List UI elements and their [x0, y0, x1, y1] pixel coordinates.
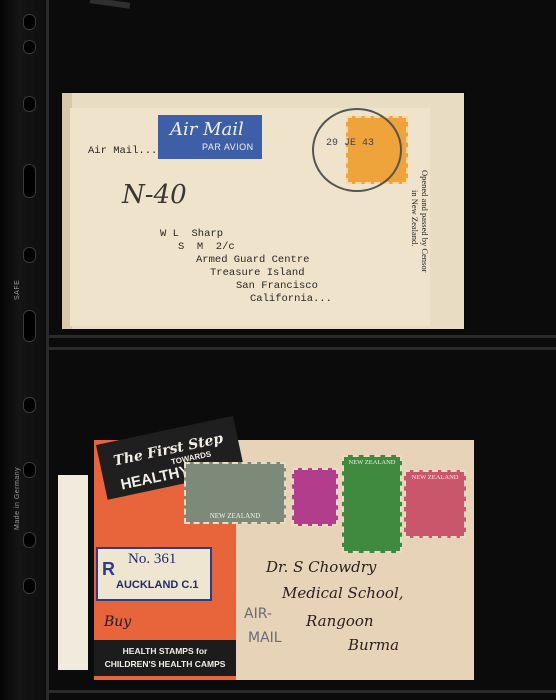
- advert-buy: Buy: [104, 614, 131, 630]
- registration-number: No. 361: [128, 551, 176, 568]
- address-line: S M 2/c: [178, 241, 235, 253]
- pencil-airmail: AIR-: [244, 606, 272, 622]
- stamp-airforce: NEW ZEALAND: [184, 462, 286, 524]
- made-in-label: Made in Germany: [14, 467, 21, 530]
- cover-bottom-insert: [58, 475, 88, 670]
- punch-hole: [23, 247, 36, 263]
- stamp-king-1d: [292, 468, 338, 526]
- registration-label: R No. 361 AUCKLAND C.1: [96, 547, 212, 601]
- album-brand: SAFE: [14, 280, 21, 300]
- punch-hole: [23, 578, 36, 594]
- registration-office: AUCKLAND C.1: [116, 579, 199, 591]
- airmail-label: Air Mail PAR AVION: [158, 115, 262, 159]
- address-line: Treasure Island: [210, 267, 305, 279]
- advert-footer: HEALTH STAMPS for CHILDREN'S HEALTH CAMP…: [94, 640, 236, 676]
- address-line: Armed Guard Centre: [196, 254, 309, 266]
- punch-hole: [23, 164, 36, 198]
- punch-hole: [23, 310, 36, 342]
- typed-airmail-note: Air Mail...: [88, 145, 157, 157]
- address-line: W L Sharp: [160, 228, 223, 240]
- pencil-note: N-40: [122, 180, 187, 210]
- address-line: Burma: [348, 636, 399, 654]
- punch-hole: [23, 532, 36, 548]
- airmail-label-top: Air Mail: [170, 119, 244, 140]
- censor-mark: Opened and passed by Censor in New Zeala…: [410, 170, 430, 272]
- punch-hole: [23, 14, 36, 30]
- airmail-label-bottom: PAR AVION: [202, 142, 254, 152]
- address-line: Medical School,: [282, 584, 404, 602]
- address-line: Rangoon: [306, 612, 374, 630]
- sleeve-divider: [48, 690, 556, 693]
- address-line: San Francisco: [236, 280, 318, 292]
- punch-hole: [23, 462, 36, 478]
- plastic-reflection: [90, 0, 130, 9]
- stamp-king-shilling: NEW ZEALAND: [404, 470, 466, 538]
- address-line: California...: [250, 293, 332, 305]
- registration-letter: R: [102, 559, 122, 579]
- binding-edge: [46, 0, 49, 700]
- sleeve-divider: [48, 335, 556, 338]
- punch-hole: [23, 96, 36, 112]
- sleeve-divider: [48, 347, 556, 350]
- address-line: Dr. S Chowdry: [266, 558, 376, 576]
- stamp-health: NEW ZEALAND: [342, 455, 402, 553]
- postmark: [312, 108, 402, 192]
- punch-hole: [23, 40, 36, 54]
- punch-hole: [23, 397, 36, 413]
- pencil-airmail: MAIL: [248, 630, 282, 646]
- postmark-date: 29 JE 43: [326, 138, 374, 149]
